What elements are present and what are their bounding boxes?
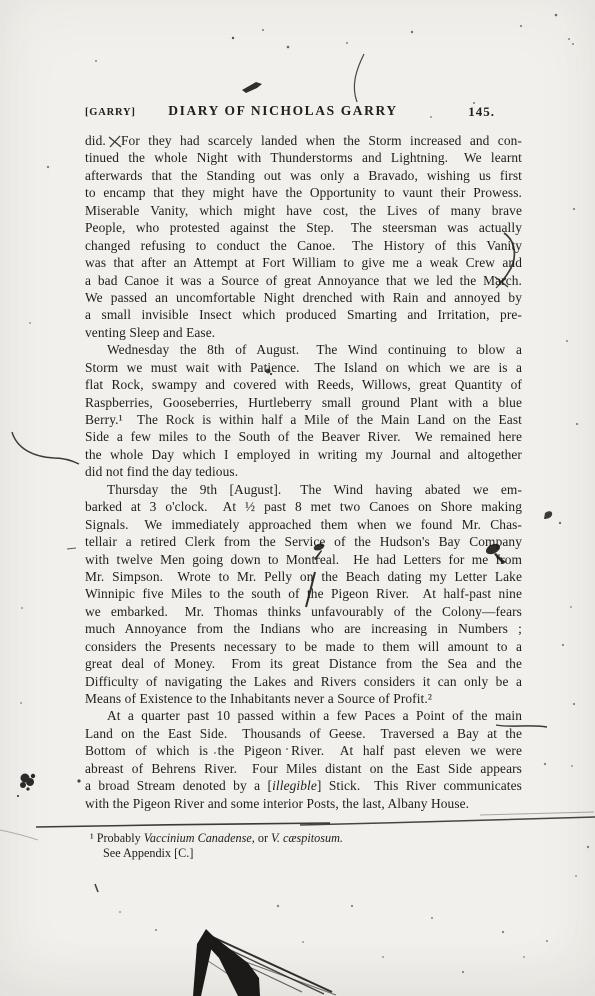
text-line: did not find the day tedious. bbox=[85, 463, 522, 480]
text-line: ¹ Probably Vaccinium Canadense, or V. cæ… bbox=[90, 831, 540, 846]
text-line: considers the Presents necessary to be m… bbox=[85, 638, 522, 655]
text-line: afterwards that the Standing out was onl… bbox=[85, 167, 522, 184]
text-line: Mr. Simpson. Wrote to Mr. Pelly on the B… bbox=[85, 568, 522, 585]
text-line: Thursday the 9th [August]. The Wind havi… bbox=[85, 481, 522, 498]
text-line: much Annoyance from the Indians who are … bbox=[85, 620, 522, 637]
paragraph: did. For they had scarcely landed when t… bbox=[85, 132, 522, 341]
text-line: was that after an Attempt at Fort Willia… bbox=[85, 254, 522, 271]
text-line: Wednesday the 8th of August. The Wind co… bbox=[85, 341, 522, 358]
text-line: to encamp that they might have the Oppor… bbox=[85, 184, 522, 201]
text-line: barked at 3 o'clock. At ½ past 8 met two… bbox=[85, 498, 522, 515]
page-title: DIARY OF NICHOLAS GARRY bbox=[85, 103, 481, 119]
paragraph: Thursday the 9th [August]. The Wind havi… bbox=[85, 481, 522, 708]
text-line: Land on the East Side. Thousands of Gees… bbox=[85, 725, 522, 742]
text-line: great deal of Money. From its great Dist… bbox=[85, 655, 522, 672]
text-line: At a quarter past 10 passed within a few… bbox=[85, 707, 522, 724]
text-line: tellair a retired Clerk from the Service… bbox=[85, 533, 522, 550]
footnote-block: ¹ Probably Vaccinium Canadense, or V. cæ… bbox=[90, 831, 540, 862]
ink-splotch-left-margin bbox=[17, 774, 35, 798]
page-number: 145. bbox=[468, 104, 495, 120]
text-line: venting Sleep and Ease. bbox=[85, 324, 522, 341]
text-line: the whole Day which I employed in writin… bbox=[85, 446, 522, 463]
paragraph: Wednesday the 8th of August. The Wind co… bbox=[85, 341, 522, 481]
text-line: abreast of Behrens River. Four Miles dis… bbox=[85, 760, 522, 777]
pen-apostrophe-bottom bbox=[95, 884, 98, 892]
text-line: Difficulty of navigating the Lakes and R… bbox=[85, 673, 522, 690]
text-line: a broad Stream denoted by a [illegible] … bbox=[85, 777, 522, 794]
pen-curve-top bbox=[354, 54, 364, 102]
text-line: with twelve Men going down to Montreal. … bbox=[85, 551, 522, 568]
paragraph: At a quarter past 10 passed within a few… bbox=[85, 707, 522, 812]
text-line: we embarked. Mr. Thomas thinks unfavoura… bbox=[85, 603, 522, 620]
text-line: Signals. We immediately approached them … bbox=[85, 516, 522, 533]
text-line: Raspberries, Gooseberries, Hurtleberry s… bbox=[85, 394, 522, 411]
text-line: tinued the whole Night with Thunderstorm… bbox=[85, 149, 522, 166]
text-line: flat Rock, swampy and covered with Reeds… bbox=[85, 376, 522, 393]
pen-tick-right-margin bbox=[544, 511, 552, 519]
page-body-text: did. For they had scarcely landed when t… bbox=[85, 132, 522, 812]
text-line: Bottom of which is the Pigeon River. At … bbox=[85, 742, 522, 759]
text-line: Means of Existence to the Inhabitants ne… bbox=[85, 690, 522, 707]
text-line: We passed an uncomfortable Night drenche… bbox=[85, 289, 522, 306]
ink-blot-bottom bbox=[193, 929, 336, 996]
text-line: a small invisible Insect which produced … bbox=[85, 306, 522, 323]
pen-curve-left-margin bbox=[12, 432, 79, 464]
text-line: See Appendix [C.] bbox=[90, 846, 540, 861]
scanned-book-page: [GARRY] DIARY OF NICHOLAS GARRY 145. did… bbox=[0, 0, 595, 996]
text-line: a bad Canoe it was a Source of great Ann… bbox=[85, 272, 522, 289]
text-line: Miserable Vanity, which might have cost,… bbox=[85, 202, 522, 219]
pen-dash-left-margin bbox=[67, 548, 76, 549]
text-line: Side a few miles to the South of the Bea… bbox=[85, 428, 522, 445]
pen-dot-before-a-broad bbox=[77, 779, 80, 782]
text-line: did. For they had scarcely landed when t… bbox=[85, 132, 522, 149]
pen-arrow-top bbox=[242, 82, 262, 93]
text-line: Winnipic five Miles to the south of the … bbox=[85, 585, 522, 602]
running-head: [GARRY] DIARY OF NICHOLAS GARRY 145. bbox=[85, 103, 521, 123]
text-line: changed refusing to conduct the Canoe. T… bbox=[85, 237, 522, 254]
text-line: People, who protested against the Step. … bbox=[85, 219, 522, 236]
text-line: Berry.¹ The Rock is within half a Mile o… bbox=[85, 411, 522, 428]
text-line: Storm we must wait with Patience. The Is… bbox=[85, 359, 522, 376]
text-line: with the Pigeon River and some interior … bbox=[85, 795, 522, 812]
